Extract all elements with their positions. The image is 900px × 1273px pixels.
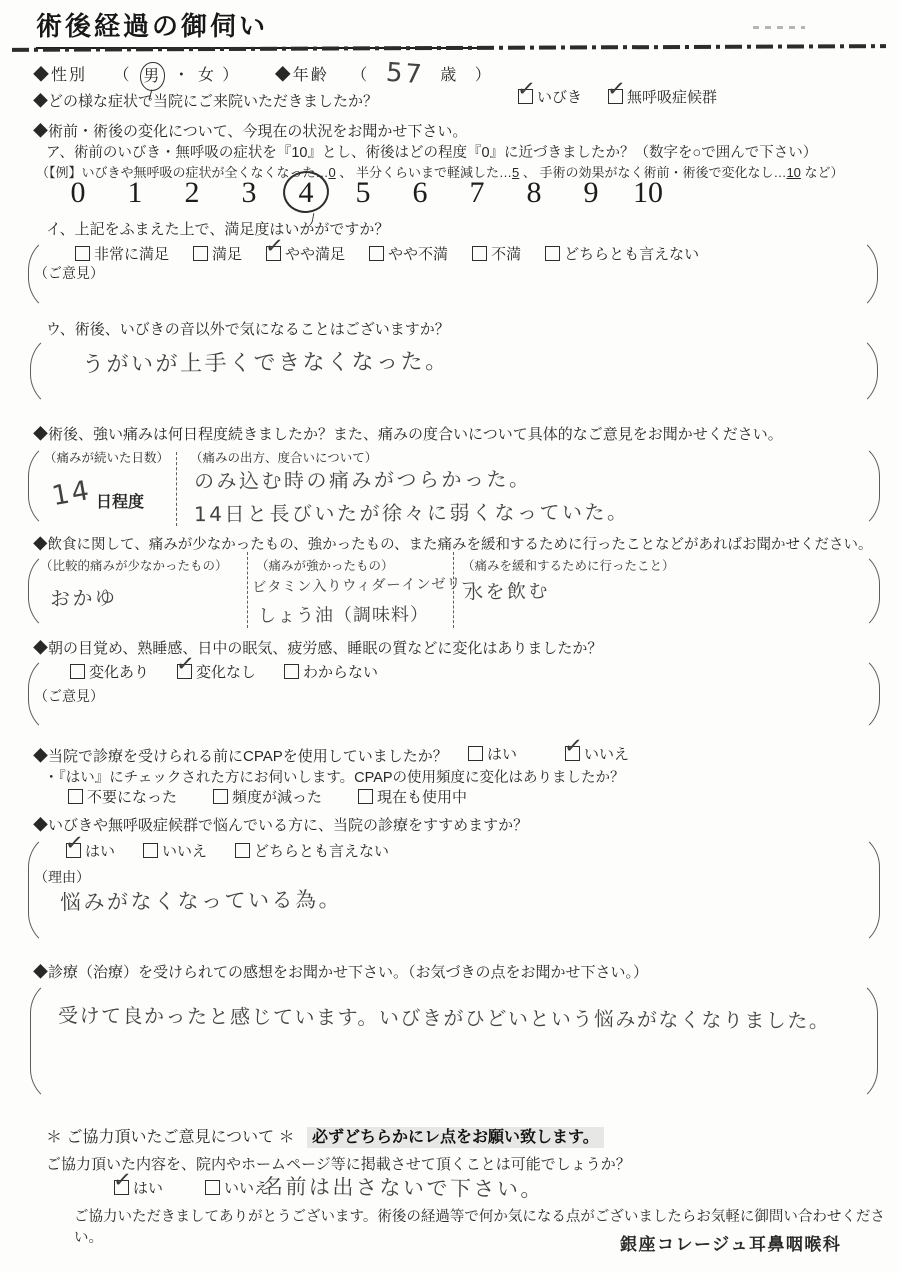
satisfaction-option-somewhat-satisfied: やや満足 [266,243,345,264]
checkbox-recommend-yes[interactable] [66,843,81,858]
sleep-options: 変化あり 変化なし わからない [70,661,378,682]
scale-number-0[interactable]: 0 [58,176,98,210]
label-no-longer-needed: 不要になった [87,786,177,807]
checkbox-still-using[interactable] [358,789,373,804]
gender-paren-open: （ [113,67,131,84]
checkbox-somewhat-satisfied[interactable] [266,246,281,261]
sleep-comment-label: （ご意見） [34,686,104,706]
satisfaction-option-very-satisfied: 非常に満足 [75,243,169,264]
concerns-answer-handwritten: うがいが上手くできなくなった。 [82,344,450,378]
example-num-10: 10 [786,165,800,180]
sleep-option-no-change: 変化なし [177,661,256,682]
cpap-option-still-using: 現在も使用中 [358,786,467,807]
label-recommend-no: いいえ [162,840,207,861]
gender-rest: ・ 女 ） [173,67,240,84]
checkbox-satisfied[interactable] [193,246,208,261]
label-neither: どちらとも言えない [564,243,699,264]
label-recommend-neither: どちらとも言えない [254,840,389,861]
footer-note: ＊ ご協力頂いたご意見について ＊ 必ずどちらかにレ点をお願い致します。 [46,1124,604,1147]
pain-days-unit: 日程度 [96,489,144,512]
eating-mild-handwritten: おかゆ [50,581,118,611]
cpap-option-yes: はい [468,743,517,764]
checkbox-publish-yes[interactable] [114,1180,129,1195]
checkbox-recommend-no[interactable] [143,843,158,858]
footer-note-prefix: ＊ ご協力頂いたご意見について ＊ [46,1129,295,1146]
scale-number-3[interactable]: 3 [229,176,269,210]
pain-detail-line1-handwritten: のみ込む時の痛みがつらかった。 [194,463,532,494]
change-heading: ◆術前・術後の変化について、今現在の状況をお聞かせ下さい。 [33,120,467,141]
recommend-option-neither: どちらとも言えない [235,840,389,861]
gender-label: ◆性別 [33,67,87,84]
scale-number-6[interactable]: 6 [400,176,440,210]
label-very-satisfied: 非常に満足 [94,243,169,264]
scale-number-1[interactable]: 1 [115,176,155,210]
cpap-options: はい いいえ [468,743,629,764]
symptom-option-apnea: 無呼吸症候群 [608,86,717,107]
label-changed: 変化あり [89,661,149,682]
checkbox-unknown[interactable] [284,664,299,679]
scale-number-5[interactable]: 5 [343,176,383,210]
label-reduced: 頻度が減った [232,786,322,807]
checkbox-snoring[interactable] [518,89,533,104]
age-paren-close: ） [475,67,493,84]
label-publish-yes: はい [133,1177,163,1198]
cpap-option-reduced: 頻度が減った [213,786,322,807]
scale-number-4[interactable]: 4 [286,176,326,210]
eating-painful-line1-handwritten: ビタミン入りウィダーインゼリー [252,572,476,597]
publish-note-handwritten: 名前は出さないで下さい。 [262,1171,544,1204]
scanned-questionnaire: 術後経過の御伺い ◆性別 （ 男 ・ 女 ） ◆年齢 （ 57 歳 ） ◆どの様… [0,0,900,1273]
satisfaction-option-somewhat-dissatisfied: やや不満 [369,243,448,264]
symptom-option-snoring: いびき [518,86,582,107]
checkbox-publish-no[interactable] [205,1180,220,1195]
impression-box [30,977,878,1105]
satisfaction-comment-label: （ご意見） [34,263,104,283]
eating-divider-1 [247,552,248,628]
checkbox-changed[interactable] [70,664,85,679]
page-title: 術後経過の御伺い [36,11,268,41]
publish-options: はい いいえ [114,1177,269,1198]
checkbox-cpap-yes[interactable] [468,746,483,761]
checkbox-recommend-neither[interactable] [235,843,250,858]
checkbox-cpap-no[interactable] [565,746,580,761]
eating-col3-label: （痛みを緩和するために行ったこと） [462,556,675,574]
label-somewhat-dissatisfied: やや不満 [388,243,448,264]
pain-column-divider [176,452,177,526]
recommend-reason-label: （理由） [34,867,90,887]
satisfaction-option-dissatisfied: 不満 [472,243,521,264]
label-still-using: 現在も使用中 [377,786,467,807]
cpap-followup-options: 不要になった 頻度が減った 現在も使用中 [68,786,467,807]
satisfaction-option-satisfied: 満足 [193,243,242,264]
scale-number-9[interactable]: 9 [571,176,611,210]
checkbox-no-longer-needed[interactable] [68,789,83,804]
label-satisfied: 満足 [212,243,242,264]
label-dissatisfied: 不満 [491,243,521,264]
checkbox-no-change[interactable] [177,664,192,679]
checkbox-reduced[interactable] [213,789,228,804]
gender-male-circled[interactable]: 男 [140,62,165,91]
label-no-change: 変化なし [196,661,256,682]
scale-number-7[interactable]: 7 [457,176,497,210]
scale-question: ア、術前のいびき・無呼吸の症状を『10』とし、術後はどの程度『0』に近づきました… [46,141,817,162]
example-part: など） [801,165,844,180]
rating-scale: 0 1 2 3 4 5 6 7 8 9 10 [58,176,685,210]
label-cpap-yes: はい [487,743,517,764]
scale-number-2[interactable]: 2 [172,176,212,210]
sleep-option-unknown: わからない [284,661,378,682]
recommend-option-no: いいえ [143,840,207,861]
age-value-handwritten: 57 [385,58,425,91]
checkbox-dissatisfied[interactable] [472,246,487,261]
checkbox-snoring-label: いびき [537,86,582,107]
cpap-option-no: いいえ [565,743,629,764]
recommend-options: はい いいえ どちらとも言えない [66,840,389,861]
checkbox-apnea[interactable] [608,89,623,104]
checkbox-very-satisfied[interactable] [75,246,90,261]
eating-col1-label: （比較的痛みが少なかったもの） [40,556,228,574]
checkbox-neither[interactable] [545,246,560,261]
label-recommend-yes: はい [85,840,115,861]
scale-number-8[interactable]: 8 [514,176,554,210]
sleep-option-changed: 変化あり [70,661,149,682]
clinic-name: 銀座コレージュ耳鼻咽喉科 [620,1230,841,1255]
satisfaction-option-neither: どちらとも言えない [545,243,699,264]
satisfaction-options: 非常に満足 満足 やや満足 やや不満 不満 どちらとも言えない [75,243,699,264]
symptom-options: いびき 無呼吸症候群 [518,86,717,107]
checkbox-somewhat-dissatisfied[interactable] [369,246,384,261]
pain-days-label: （痛みが続いた日数） [44,448,169,466]
scale-number-10[interactable]: 10 [628,176,668,210]
pain-detail-line2-handwritten: 14日と長びいたが徐々に弱くなっていた。 [194,496,630,527]
cpap-option-no-longer-needed: 不要になった [68,786,177,807]
label-somewhat-satisfied: やや満足 [285,243,345,264]
impression-answer-handwritten: 受けて良かったと感じています。いびきがひどいという悩みがなくなりました。 [58,999,831,1033]
age-unit: 歳 [440,67,458,84]
profile-row: ◆性別 （ 男 ・ 女 ） ◆年齢 （ 57 歳 ） [33,57,493,90]
label-cpap-no: いいえ [584,743,629,764]
scan-artifact [753,26,805,29]
label-unknown: わからない [303,661,378,682]
cpap-question: ◆当院で診療を受けられる前にCPAPを使用していましたか？ [33,745,448,766]
age-paren-open: （ [351,67,369,84]
title-underline: 術後経過の御伺い [36,6,488,49]
publish-option-no: いいえ [205,1177,269,1198]
eating-relief-handwritten: 水を飲む [464,576,550,604]
cpap-followup: ・『はい』にチェックされた方にお伺いします。CPAPの使用頻度に変化はありました… [44,766,625,787]
footer-note-bold: 必ずどちらかにレ点をお願い致します。 [307,1127,604,1148]
recommend-option-yes: はい [66,840,115,861]
eating-col2-label: （痛みが強かったもの） [256,556,394,574]
age-label: ◆年齢 [275,67,329,84]
symptom-question: ◆どの様な症状で当院にご来院いただきましたか？ [33,90,378,111]
checkbox-apnea-label: 無呼吸症候群 [627,86,717,107]
publish-option-yes: はい [114,1177,163,1198]
recommend-reason-handwritten: 悩みがなくなっている為。 [60,884,342,917]
eating-painful-line2-handwritten: しょう油（調味料） [258,600,429,627]
